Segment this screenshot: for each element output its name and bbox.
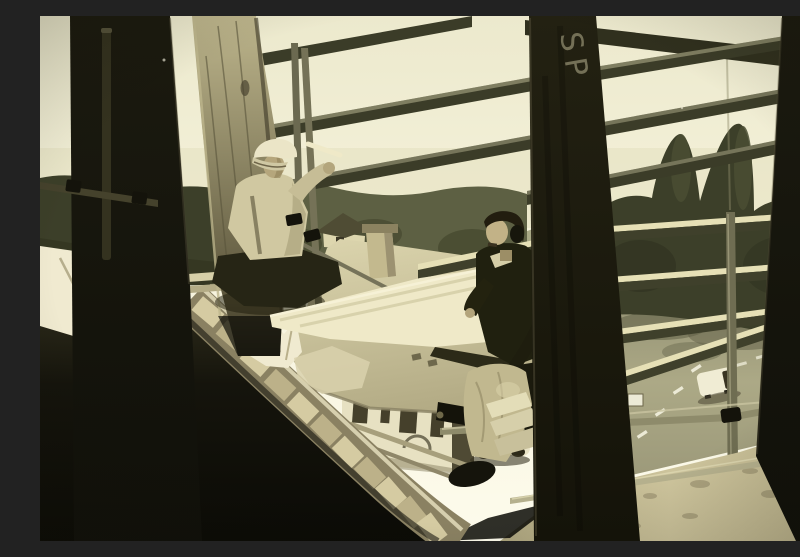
- film-dust: [681, 107, 683, 109]
- rooftop-scaffolding-photo: SP: [40, 16, 800, 541]
- photo-canvas: SP: [40, 16, 800, 541]
- film-dust: [163, 59, 166, 62]
- vignette-overlay: [40, 16, 800, 541]
